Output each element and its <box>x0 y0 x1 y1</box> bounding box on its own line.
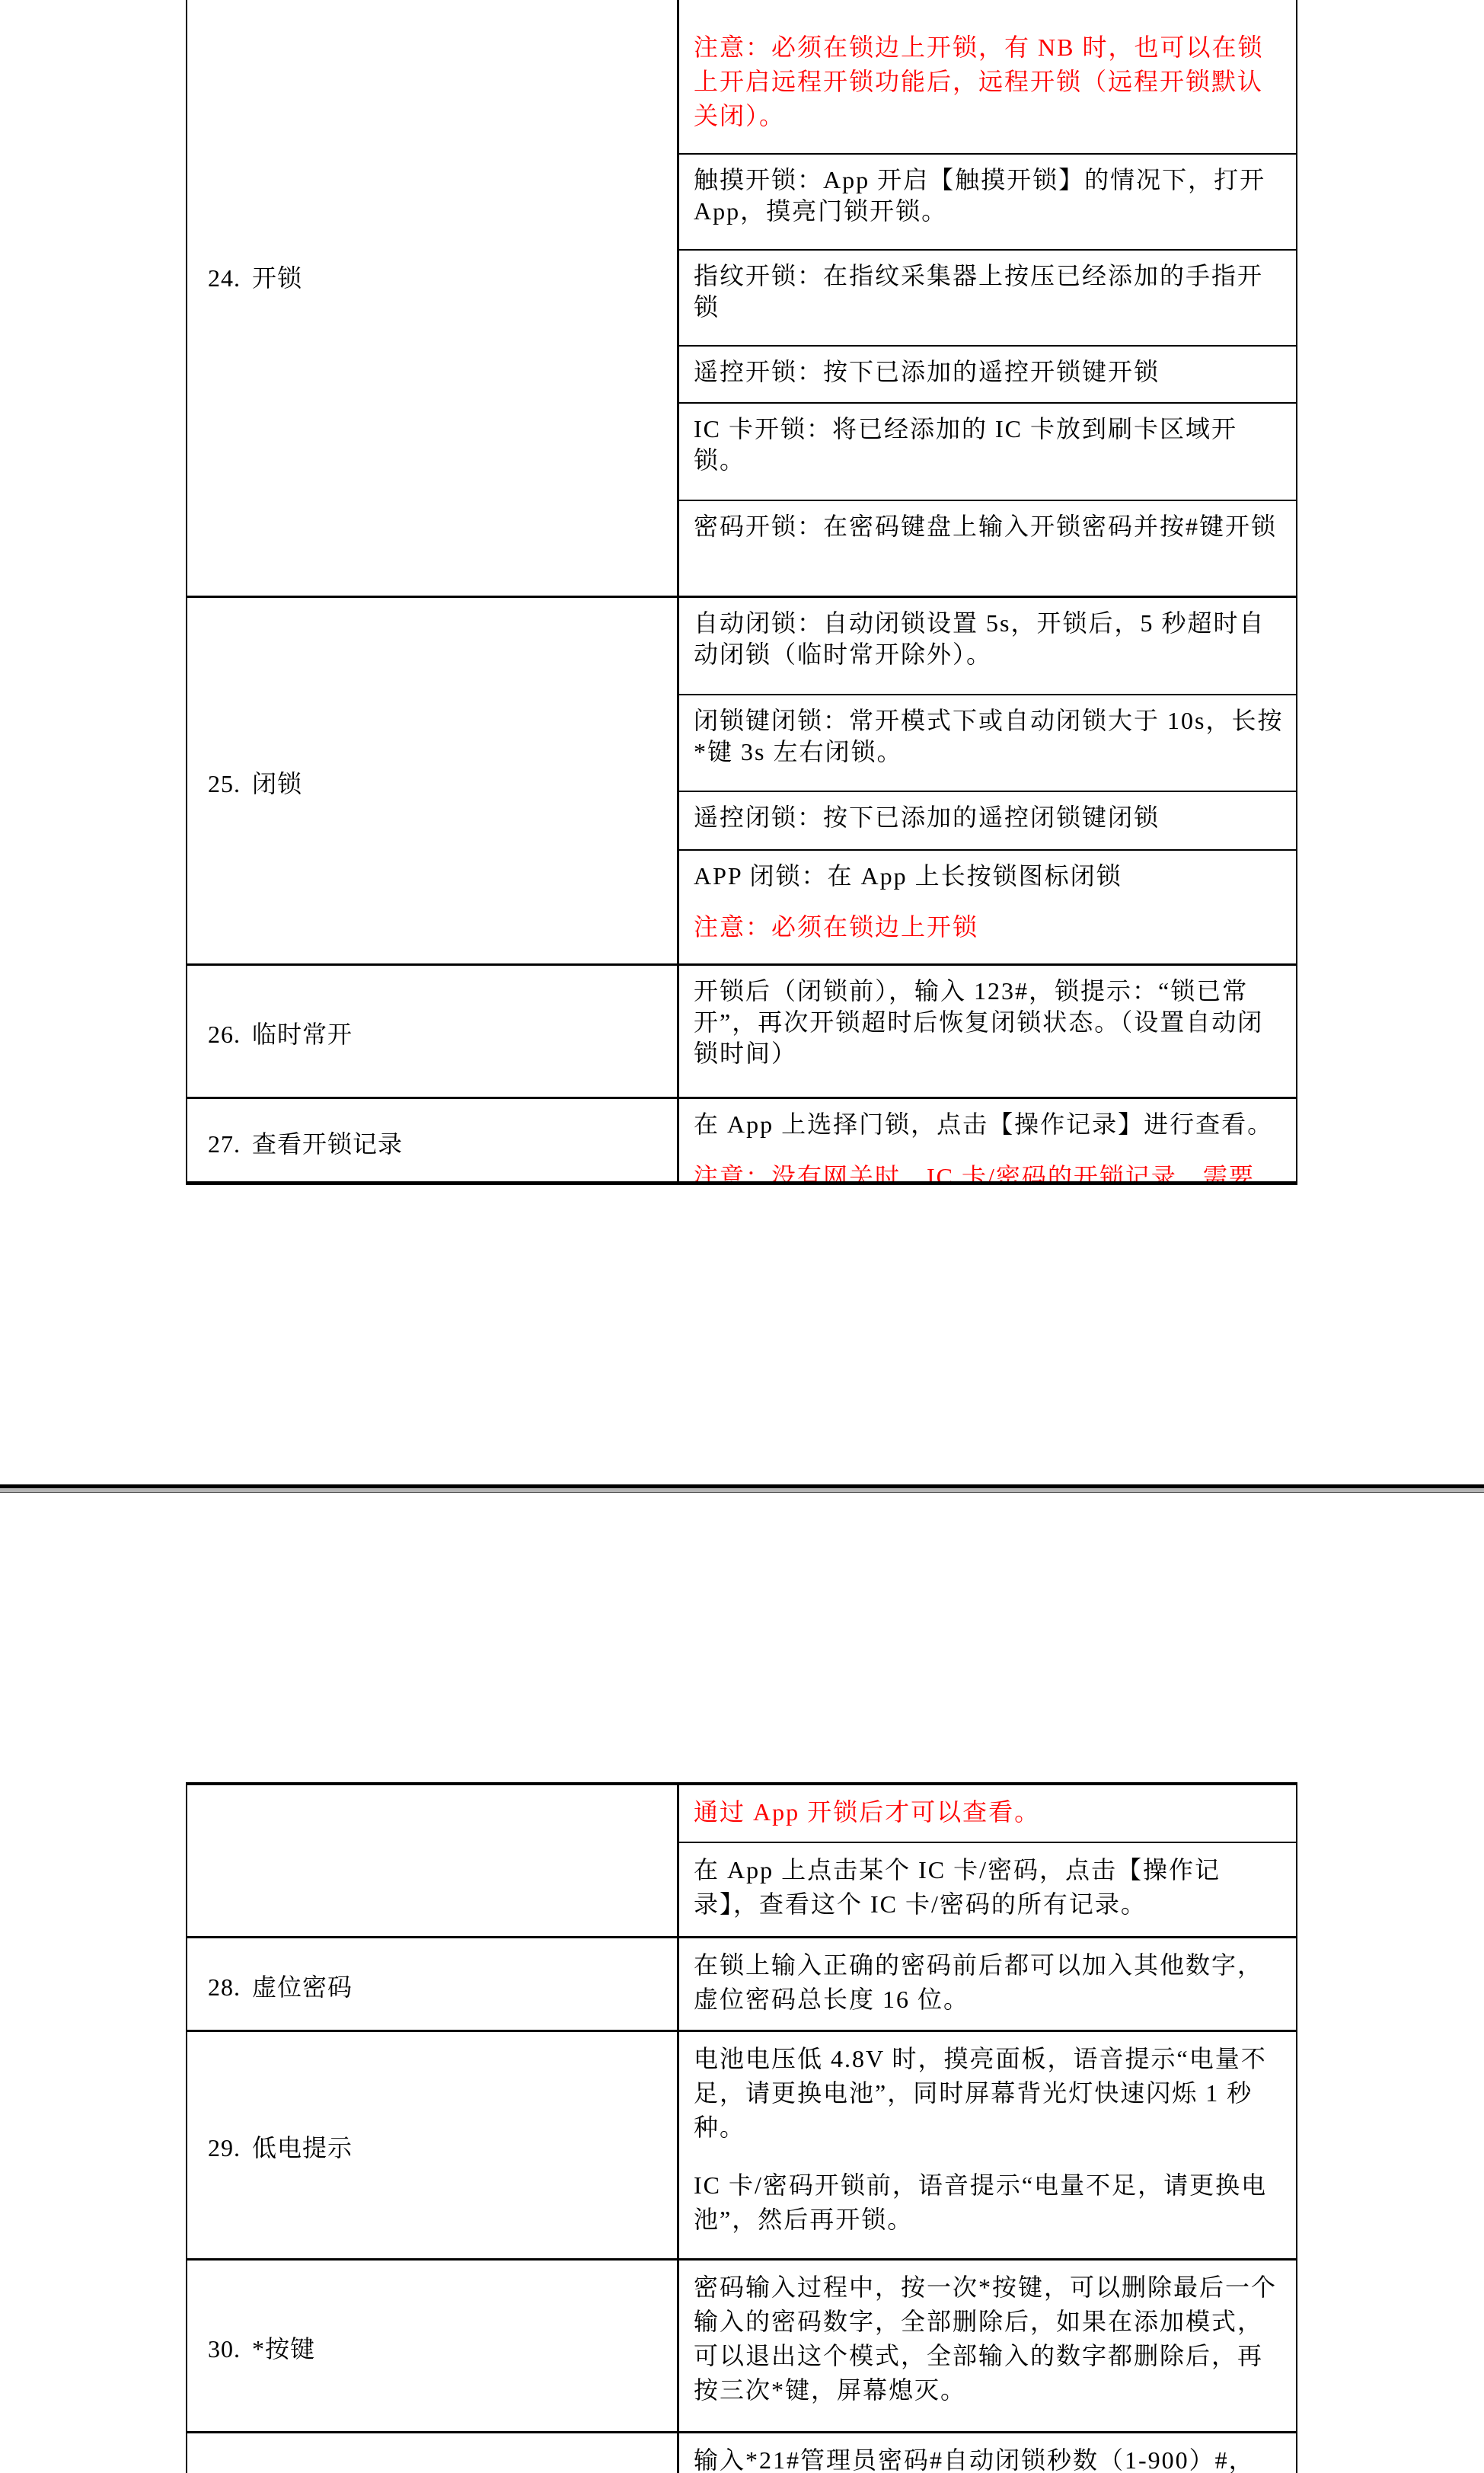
view-records-text: 在 App 上选择门锁，点击【操作记录】进行查看。 <box>694 1109 1285 1140</box>
ic-card-unlock-text: IC 卡开锁：将已经添加的 IC 卡放到刷卡区域开锁。 <box>694 414 1285 476</box>
app-lock-note: 注意：必须在锁边上开锁 <box>694 912 1285 943</box>
row-24-label-cell: 24.开锁 <box>187 0 677 598</box>
note-remote-unlock: 注意：必须在锁边上开锁，有 NB 时，也可以在锁上开启远程开锁功能后，远程开锁（… <box>694 30 1285 133</box>
row-31-label-cell <box>187 2433 677 2473</box>
row-26-label: 26.临时常开 <box>208 1015 353 1050</box>
table-row: 遥控闭锁：按下已添加的遥控闭锁键闭锁 <box>679 792 1296 851</box>
table-row: IC 卡开锁：将已经添加的 IC 卡放到刷卡区域开锁。 <box>679 404 1296 501</box>
row-separator <box>186 2258 1297 2261</box>
row-separator <box>186 2431 1297 2433</box>
row-separator <box>186 596 1297 598</box>
table-row: 电池电压低 4.8V 时，摸亮面板，语音提示“电量不足，请更换电池”，同时屏幕背… <box>679 2032 1296 2261</box>
dummy-password-text: 在锁上输入正确的密码前后都可以加入其他数字，虚位密码总长度 16 位。 <box>694 1948 1285 2017</box>
table-row: 密码开锁：在密码键盘上输入开锁密码并按#键开锁 <box>679 501 1296 598</box>
table-row: 触摸开锁：App 开启【触摸开锁】的情况下，打开 App，摸亮门锁开锁。 <box>679 155 1296 251</box>
table-row: 注意：必须在锁边上开锁，有 NB 时，也可以在锁上开启远程开锁功能后，远程开锁（… <box>679 0 1296 155</box>
row-separator <box>186 1936 1297 1938</box>
row-separator <box>186 963 1297 966</box>
touch-unlock-text: 触摸开锁：App 开启【触摸开锁】的情况下，打开 App，摸亮门锁开锁。 <box>694 165 1285 227</box>
ic-card-records-text: 在 App 上点击某个 IC 卡/密码，点击【操作记录】，查看这个 IC 卡/密… <box>694 1853 1285 1922</box>
remote-control-unlock-text: 遥控开锁：按下已添加的遥控开锁键开锁 <box>694 356 1285 388</box>
fingerprint-unlock-text: 指纹开锁：在指纹采集器上按压已经添加的手指开锁 <box>694 260 1285 323</box>
low-battery-text-1: 电池电压低 4.8V 时，摸亮面板，语音提示“电量不足，请更换电池”，同时屏幕背… <box>694 2042 1285 2145</box>
row-29-label: 29.低电提示 <box>208 2129 353 2164</box>
password-unlock-text: 密码开锁：在密码键盘上输入开锁密码并按#键开锁 <box>694 511 1285 542</box>
row-30-label: 30.*按键 <box>208 2330 315 2365</box>
table-lock-functions-page1: 24.开锁 25.闭锁 26.临时常开 27.查看开锁记录 注意：必须在锁边上开… <box>186 0 1297 1185</box>
table-border-right <box>1296 0 1297 1185</box>
auto-lock-text: 自动闭锁：自动闭锁设置 5s，开锁后，5 秒超时自动闭锁（临时常开除外）。 <box>694 608 1285 670</box>
auto-lock-seconds-text: 输入*21#管理员密码#自动闭锁秒数（1-900）#， <box>694 2443 1285 2473</box>
table-row: 在 App 上选择门锁，点击【操作记录】进行查看。 注意：没有网关时，IC 卡/… <box>679 1099 1296 1185</box>
table-row: 输入*21#管理员密码#自动闭锁秒数（1-900）#， <box>679 2433 1296 2473</box>
table-border-right <box>1296 1782 1297 2473</box>
table-row: 闭锁键闭锁：常开模式下或自动闭锁大于 10s，长按*键 3s 左右闭锁。 <box>679 695 1296 792</box>
table-row: 指纹开锁：在指纹采集器上按压已经添加的手指开锁 <box>679 251 1296 347</box>
row-27-continuation-cell <box>187 1782 677 1938</box>
row-25-label-cell: 25.闭锁 <box>187 598 677 966</box>
row-25-label: 25.闭锁 <box>208 765 302 800</box>
table-row: 在锁上输入正确的密码前后都可以加入其他数字，虚位密码总长度 16 位。 <box>679 1938 1296 2032</box>
table-lock-functions-page2: 28.虚位密码 29.低电提示 30.*按键 通过 App 开锁后才可以查看。 … <box>186 1782 1297 2473</box>
document-page: { "colors": { "note_red": "#fe0000", "bo… <box>0 0 1484 2473</box>
low-battery-text-2: IC 卡/密码开锁前，语音提示“电量不足，请更换电池”，然后再开锁。 <box>694 2168 1285 2237</box>
page-break-gray-bar <box>0 1488 1484 1493</box>
table-row: 开锁后（闭锁前），输入 123#，锁提示：“锁已常开”，再次开锁超时后恢复闭锁状… <box>679 966 1296 1099</box>
app-lock-text: APP 闭锁：在 App 上长按锁图标闭锁 <box>694 861 1285 892</box>
table-bottom-border <box>186 1181 1297 1185</box>
table-row: 在 App 上点击某个 IC 卡/密码，点击【操作记录】，查看这个 IC 卡/密… <box>679 1843 1296 1938</box>
table-row: 密码输入过程中，按一次*按键，可以删除最后一个输入的密码数字，全部删除后，如果在… <box>679 2261 1296 2433</box>
row-27-label-cell: 27.查看开锁记录 <box>187 1099 677 1185</box>
view-records-app-note: 通过 App 开锁后才可以查看。 <box>694 1795 1285 1829</box>
row-separator <box>186 1097 1297 1099</box>
row-28-label: 28.虚位密码 <box>208 1968 353 2003</box>
row-separator <box>186 2030 1297 2032</box>
lock-key-text: 闭锁键闭锁：常开模式下或自动闭锁大于 10s，长按*键 3s 左右闭锁。 <box>694 705 1285 768</box>
row-26-label-cell: 26.临时常开 <box>187 966 677 1099</box>
row-30-label-cell: 30.*按键 <box>187 2261 677 2433</box>
row-28-label-cell: 28.虚位密码 <box>187 1938 677 2032</box>
table-row: 自动闭锁：自动闭锁设置 5s，开锁后，5 秒超时自动闭锁（临时常开除外）。 <box>679 598 1296 695</box>
table-row: 通过 App 开锁后才可以查看。 <box>679 1785 1296 1843</box>
row-24-label: 24.开锁 <box>208 259 302 294</box>
table-row: 遥控开锁：按下已添加的遥控开锁键开锁 <box>679 347 1296 404</box>
table-row: APP 闭锁：在 App 上长按锁图标闭锁 注意：必须在锁边上开锁 <box>679 851 1296 966</box>
row-29-label-cell: 29.低电提示 <box>187 2032 677 2261</box>
temp-open-text: 开锁后（闭锁前），输入 123#，锁提示：“锁已常开”，再次开锁超时后恢复闭锁状… <box>694 976 1285 1069</box>
star-key-text: 密码输入过程中，按一次*按键，可以删除最后一个输入的密码数字，全部删除后，如果在… <box>694 2270 1285 2408</box>
row-27-label: 27.查看开锁记录 <box>208 1125 403 1160</box>
remote-control-lock-text: 遥控闭锁：按下已添加的遥控闭锁键闭锁 <box>694 802 1285 833</box>
